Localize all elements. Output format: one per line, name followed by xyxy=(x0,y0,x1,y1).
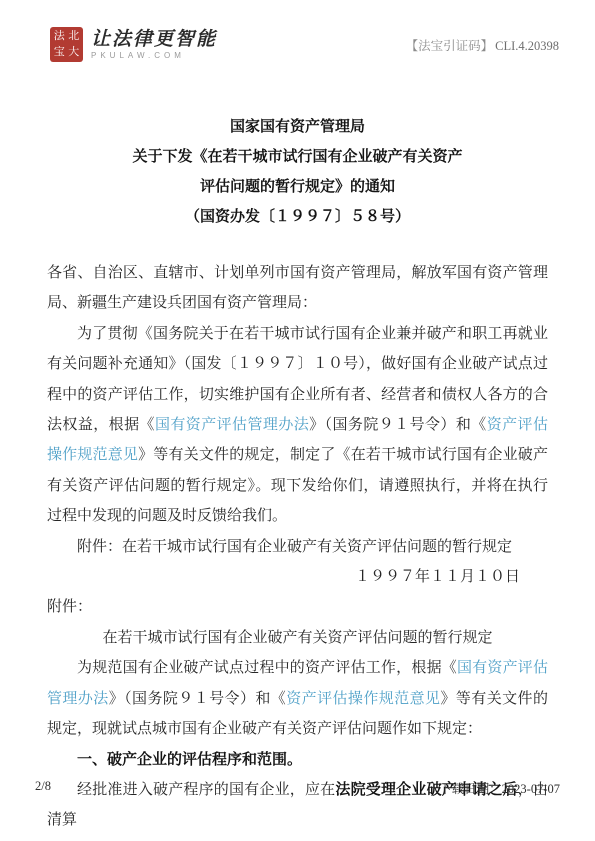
body-text: 各省、自治区、直辖市、计划单列市国有资产管理局，解放军国有资产管理局、新疆生产建… xyxy=(47,265,548,311)
page-number: 2/8 xyxy=(35,779,51,797)
brand-site-url: PKULAW.COM xyxy=(91,51,217,60)
inline-regulation-link[interactable]: 国有资产评估管理办法 xyxy=(155,417,309,433)
body-text: 》（国务院９１号令）和《 xyxy=(109,691,287,707)
attachment-title: 在若干城市试行国有企业破产有关资产评估问题的暂行规定 xyxy=(47,623,548,653)
document-page: 法 北 宝 大 让法律更智能 PKULAW.COM 【法宝引证码】CLI.4.2… xyxy=(0,0,595,841)
citation-value: CLI.4.20398 xyxy=(495,39,559,53)
section-heading-1: 一、破产企业的评估程序和范围。 xyxy=(47,745,548,775)
body-text: 一、破产企业的评估程序和范围。 xyxy=(77,751,302,768)
document-body: 各省、自治区、直辖市、计划单列市国有资产管理局，解放军国有资产管理局、新疆生产建… xyxy=(47,258,548,836)
inline-regulation-link[interactable]: 资产评估操作规范意见 xyxy=(286,691,440,707)
attachment-label: 附件： xyxy=(47,592,548,622)
attachment-note: 附件：在若干城市试行国有企业破产有关资产评估问题的暂行规定 xyxy=(47,532,548,562)
body-text: １９９７年１１月１０日 xyxy=(355,569,520,585)
addressee-paragraph: 各省、自治区、直辖市、计划单列市国有资产管理局，解放军国有资产管理局、新疆生产建… xyxy=(47,258,548,319)
header: 法 北 宝 大 让法律更智能 PKULAW.COM 【法宝引证码】CLI.4.2… xyxy=(50,27,559,62)
brand-text: 让法律更智能 PKULAW.COM xyxy=(91,29,217,60)
citation-code: 【法宝引证码】CLI.4.20398 xyxy=(406,36,559,54)
body-text: 》（国务院９１号令）和《 xyxy=(309,417,487,433)
seal-char: 法 xyxy=(52,29,67,45)
notice-paragraph: 为了贯彻《国务院关于在若干城市试行国有企业兼并破产和职工再就业有关问题补充通知》… xyxy=(47,319,548,532)
seal-char: 大 xyxy=(67,45,82,61)
download-date: 下载日期：2023-07-07 xyxy=(439,779,560,797)
body-text: 附件：在若干城市试行国有企业破产有关资产评估问题的暂行规定 xyxy=(77,539,512,555)
regulation-intro: 为规范国有企业破产试点过程中的资产评估工作，根据《国有资产评估管理办法》（国务院… xyxy=(47,653,548,744)
citation-label: 【法宝引证码】 xyxy=(406,39,494,53)
title-line-2: 评估问题的暂行规定》的通知 xyxy=(0,172,595,202)
body-text: 在若干城市试行国有企业破产有关资产评估问题的暂行规定 xyxy=(102,630,492,646)
body-text: 附件： xyxy=(47,599,92,615)
pkulaw-logo: 法 北 宝 大 让法律更智能 PKULAW.COM xyxy=(50,27,217,62)
pkulaw-seal-icon: 法 北 宝 大 xyxy=(50,27,83,62)
issuing-authority: 国家国有资产管理局 xyxy=(0,112,595,142)
title-line-1: 关于下发《在若干城市试行国有企业破产有关资产 xyxy=(0,142,595,172)
footer: 2/8 下载日期：2023-07-07 xyxy=(35,779,560,797)
brand-tagline: 让法律更智能 xyxy=(91,29,217,49)
body-text: 为规范国有企业破产试点过程中的资产评估工作，根据《 xyxy=(77,660,457,676)
date-line: １９９７年１１月１０日 xyxy=(47,562,548,592)
seal-char: 宝 xyxy=(52,45,67,61)
document-number: （国资办发〔１９９７〕５８号） xyxy=(0,202,595,232)
seal-char: 北 xyxy=(67,29,82,45)
